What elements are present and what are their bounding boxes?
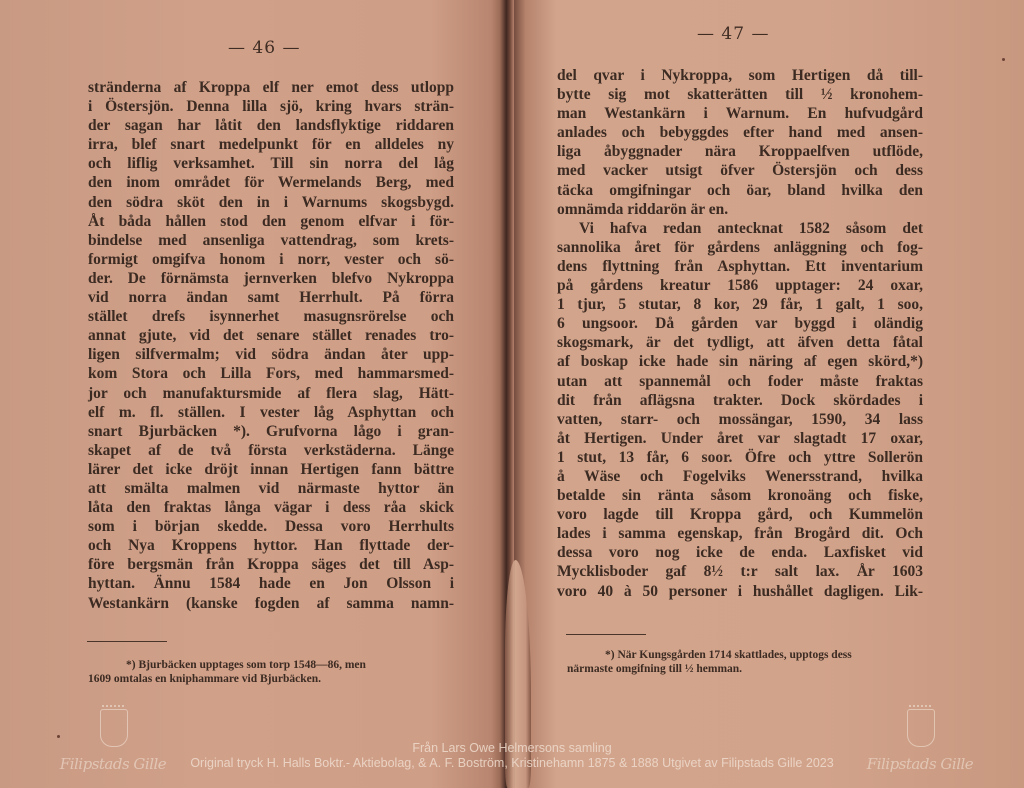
footnote-rule-right [566,634,646,635]
text-line: å Wäse och Fogelviks Wenersstrand, hvilk… [557,467,923,486]
text-line: bindelse med ansenliga vattendrag, som k… [88,231,454,250]
footnote-line: närmaste omgifning till ½ hemman. [567,662,933,676]
text-line: 1 tjur, 5 stutar, 8 kor, 29 får, 1 galt,… [557,295,923,314]
text-line: der. De förnämsta jernverken blefvo Nykr… [88,269,454,288]
page-number-left: — 46 — [228,38,300,58]
text-line: och Nya Kroppens hyttor. Han flyttade de… [88,536,454,555]
text-line: formigt omgifva honom i norr, vester och… [88,250,454,269]
text-line: Vi hafva redan antecknat 1582 såsom det [557,219,923,238]
footnote-line: 1609 omtalas en kniphammare vid Bjurbäck… [88,672,454,686]
text-line: hyttan. Ännu 1584 hade en Jon Olsson i [88,574,454,593]
text-line: dessa voro nog icke de enda. Laxfisket v… [557,543,923,562]
text-line: den inom området för Wermelands Berg, me… [88,173,454,192]
text-line: täcka omgifningar och öar, bland hvilka … [557,181,923,200]
text-line: den södra sköt den in i Warnums skogsbyg… [88,193,454,212]
text-line: att smälta malmen vid närmaste hyttor än [88,479,454,498]
text-line: af boskap icke hade sin näring af egen s… [557,352,923,371]
text-line: stränderna af Kroppa elf ner emot dess u… [88,78,454,97]
right-page-footnote: *) När Kungsgården 1714 skattlades, uppt… [567,648,933,676]
text-line: voro lagde till Kroppa gård, och Kummelö… [557,505,923,524]
text-line: skapet af de två första verkstäderna. Lä… [88,441,454,460]
collection-caption: Från Lars Owe Helmersons samling [0,741,1024,755]
text-line: betalde sin ränta såsom kronoäng och fis… [557,486,923,505]
left-page-footnote: *) Bjurbäcken upptages som torp 1548—86,… [88,658,454,686]
text-line: vatten, starr- och mossängar, 1590, 34 l… [557,410,923,429]
paper-spot [1002,58,1005,61]
text-line: Mycklisboder gaf 8½ t:r salt lax. År 160… [557,562,923,581]
footnote-line: *) När Kungsgården 1714 skattlades, uppt… [567,648,933,662]
text-line: Åt båda hållen stod den genom elfvar i f… [88,212,454,231]
text-line: och liflig verksamhet. Till sin norra de… [88,154,454,173]
text-line: voro 40 à 50 personer i hushållet daglig… [557,582,923,601]
book-spread: — 46 — stränderna af Kroppa elf ner emot… [0,0,1024,788]
text-line: snart Bjurbäcken *). Grufvorna lågo i gr… [88,422,454,441]
text-line: del qvar i Nykroppa, som Hertigen då til… [557,66,923,85]
footnote-rule-left [87,641,167,642]
text-line: med vacker utsigt öfver Östersjön och de… [557,161,923,180]
text-line: der sagan har låtit den landsflyktige ri… [88,116,454,135]
text-line: dit från aflägsna trakter. Dock skördade… [557,391,923,410]
text-line: före bergsmän från Kroppa säges det till… [88,555,454,574]
text-line: låta den fraktas långa vägar i dess råa … [88,498,454,517]
text-line: vid norra ändan samt Herrhult. På förra [88,288,454,307]
text-line: lades i samma egenskap, från Brogård dit… [557,524,923,543]
print-credit-caption: Original tryck H. Halls Boktr.- Aktiebol… [0,756,1024,770]
text-line: anlades och bebyggdes efter hand med ans… [557,123,923,142]
text-line: man Westankärn i Warnum. En hufvudgård [557,104,923,123]
text-line: 1 stut, 13 får, 6 soor. Öfre och yttre S… [557,448,923,467]
text-line: stället drefs isynnerhet masugnsrörelse … [88,307,454,326]
text-line: i Östersjön. Denna lilla sjö, kring hvar… [88,97,454,116]
text-line: åt Hertigen. Under året var slagtadt 17 … [557,429,923,448]
left-page-body: stränderna af Kroppa elf ner emot dess u… [88,78,454,613]
text-line: annat gjute, vid det senare stället rena… [88,326,454,345]
text-line: 6 ungsoor. Då gården var byggd i oländig [557,314,923,333]
text-line: dens flyttning från Asphyttan. Ett inven… [557,257,923,276]
text-line: kom Stora och Lilla Fors, med hammarsmed… [88,364,454,383]
right-page-body: del qvar i Nykroppa, som Hertigen då til… [557,66,923,601]
text-line: bytte sig mot skatterätten till ½ kronoh… [557,85,923,104]
text-line: sannolika året för gårdens anläggning oc… [557,238,923,257]
text-line: utan att spannemål och foder måste frakt… [557,372,923,391]
text-line: liga åbyggnader nära Kroppaelfven utflöd… [557,142,923,161]
text-line: elf m. fl. ställen. I vester låg Asphytt… [88,403,454,422]
text-line: irra, blef snart medelpunkt för en allde… [88,135,454,154]
text-line: på gårdens kreatur 1586 upptager: 24 oxa… [557,276,923,295]
text-line: jor och manufaktursmide af flera slag, H… [88,384,454,403]
text-line: Westankärn (kanske fogden af samma namn- [88,594,454,613]
footnote-line: *) Bjurbäcken upptages som torp 1548—86,… [88,658,454,672]
text-line: lärer det icke dröjt innan Hertigen fann… [88,460,454,479]
text-line: omnämda riddarön är en. [557,200,923,219]
text-line: ligen silfvermalm; vid södra ändan åter … [88,345,454,364]
text-line: som i början skedde. Dessa voro Herrhult… [88,517,454,536]
page-number-right: — 47 — [697,24,769,44]
text-line: skogsmark, är det tydligt, att äfven det… [557,333,923,352]
